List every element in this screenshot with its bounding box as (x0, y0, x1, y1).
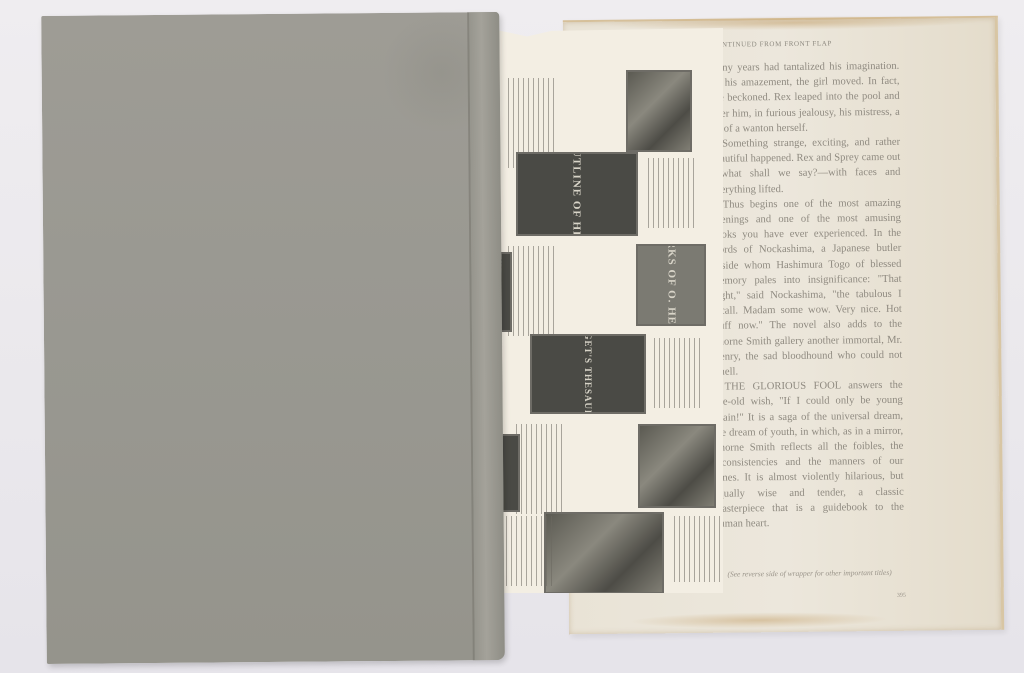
flap-paragraph: Thus begins one of the most amazing even… (711, 196, 903, 380)
ad-blurb (674, 516, 724, 582)
flap-body-text: many years had tantalized his imaginatio… (709, 59, 904, 532)
ad-cover-image (638, 424, 716, 508)
ad-cover-o-henry: WORKS OF O. HENRY (636, 244, 706, 326)
photo-scene: CONTINUED FROM FRONT FLAP many years had… (0, 0, 1024, 673)
flap-paragraph: THE GLORIOUS FOOL answers the age-old wi… (713, 378, 905, 532)
book-ad-panel: THE OUTLINE OF HISTORY WORKS OF O. HENRY… (478, 28, 723, 593)
ad-blurb (506, 516, 556, 586)
flap-footnote: (See reverse side of wrapper for other i… (715, 567, 905, 580)
grey-hardcover-book (41, 12, 505, 664)
ad-cover-image (626, 70, 692, 152)
flap-heading: CONTINUED FROM FRONT FLAP (711, 39, 832, 48)
flap-page-marker: 395 (897, 593, 906, 599)
ad-blurb (516, 424, 566, 514)
ad-blurb (508, 246, 558, 336)
ad-cover-outline-of-history: THE OUTLINE OF HISTORY (516, 152, 638, 236)
flap-paragraph: Something strange, exciting, and rather … (710, 135, 901, 198)
flap-paragraph: many years had tantalized his imaginatio… (709, 59, 900, 137)
jacket-stain-bottom (629, 611, 889, 630)
ad-blurb (654, 338, 704, 408)
ad-blurb (648, 158, 698, 228)
ad-cover-image (544, 512, 664, 594)
book-spine-edge (469, 12, 505, 660)
ad-cover-rogets-thesaurus: ROGET'S THESAURUS (530, 334, 646, 414)
